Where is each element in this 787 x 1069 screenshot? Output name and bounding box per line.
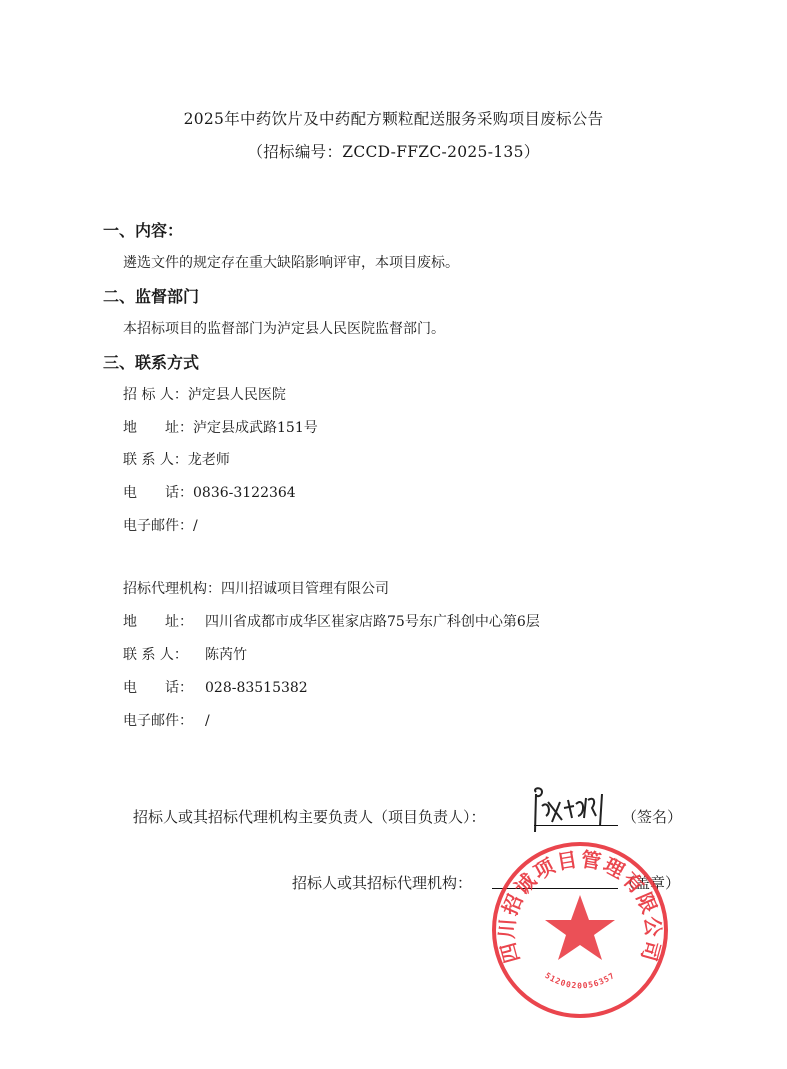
section-body-content: 遴选文件的规定存在重大缺陷影响评审，本项目废标。 [123,252,459,272]
agency-phone-row: 电 话：028-83515382 [123,677,308,697]
tenderer-name-label: 招 标 人： [123,387,188,403]
agency-contact: 陈芮竹 [205,647,247,663]
tenderer-phone: 0836-3122364 [193,485,296,501]
agency-name: 四川招诚项目管理有限公司 [221,581,389,597]
tenderer-phone-label: 电 话： [123,485,193,501]
agency-contact-row: 联 系 人：陈芮竹 [123,644,247,664]
tenderer-contact-label: 联 系 人： [123,452,188,468]
agency-address: 四川省成都市成华区崔家店路75号东广科创中心第6层 [205,614,540,630]
section-heading-supervision: 二、监督部门 [103,284,199,307]
seal-label: 招标人或其招标代理机构： [292,872,472,893]
agency-phone: 028-83515382 [205,680,308,696]
agency-address-label: 地 址： [123,611,205,631]
agency-email-row: 电子邮件：/ [123,710,210,730]
agency-email-label: 电子邮件： [123,710,205,730]
signature-label: 招标人或其招标代理机构主要负责人（项目负责人）： [133,806,486,827]
tenderer-name: 泸定县人民医院 [188,387,286,403]
tenderer-email-label: 电子邮件： [123,518,193,534]
company-seal-icon: 四川招诚项目管理有限公司 5120020056357 [490,840,670,1020]
agency-contact-label: 联 系 人： [123,644,205,664]
handwritten-signature-icon [522,786,622,838]
document-title: 2025年中药饮片及中药配方颗粒配送服务采购项目废标公告 [0,107,787,129]
agency-name-row: 招标代理机构：四川招诚项目管理有限公司 [123,578,389,598]
tenderer-address-row: 地 址：泸定县成武路151号 [123,417,318,437]
tenderer-contact: 龙老师 [188,452,230,468]
seal-number: 5120020056357 [543,971,616,990]
tenderer-email-row: 电子邮件：/ [123,515,198,535]
tenderer-email: / [193,518,198,534]
tenderer-phone-row: 电 话：0836-3122364 [123,482,296,502]
agency-phone-label: 电 话： [123,677,205,697]
agency-address-row: 地 址：四川省成都市成华区崔家店路75号东广科创中心第6层 [123,611,540,631]
tenderer-contact-row: 联 系 人：龙老师 [123,449,230,469]
section-heading-contact: 三、联系方式 [103,350,199,373]
agency-name-label: 招标代理机构： [123,581,221,597]
tenderer-address-label: 地 址： [123,420,193,436]
signature-suffix: （签名） [622,806,682,827]
section-body-supervision: 本招标项目的监督部门为泸定县人民医院监督部门。 [123,318,445,338]
tenderer-address: 泸定县成武路151号 [193,420,318,436]
tender-number: （招标编号：ZCCD-FFZC-2025-135） [0,140,787,162]
signature-underline [534,825,618,826]
tenderer-name-row: 招 标 人：泸定县人民医院 [123,384,286,404]
agency-email: / [205,713,210,729]
svg-text:5120020056357: 5120020056357 [543,971,616,990]
section-heading-content: 一、内容： [103,218,183,241]
